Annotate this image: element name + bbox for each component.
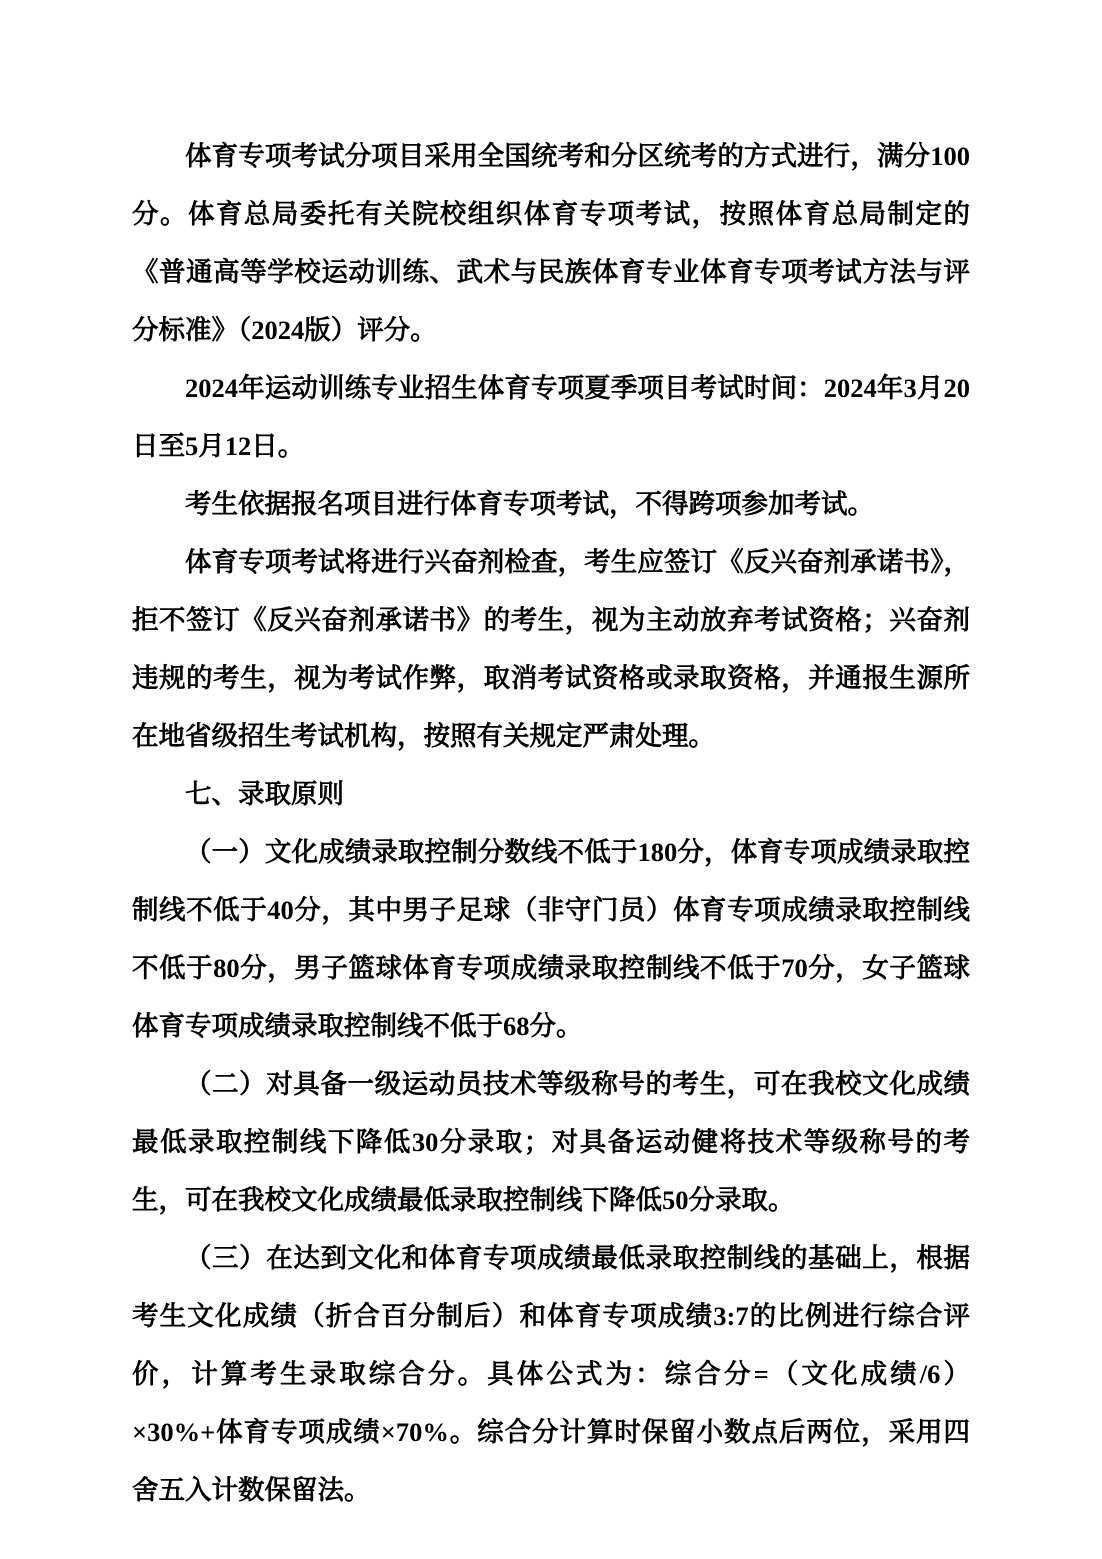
paragraph-rule-1-score-thresholds: （一）文化成绩录取控制分数线不低于180分，体育专项成绩录取控制线不低于40分，… (132, 823, 970, 1055)
paragraph-rule-3-composite-score-formula: （三）在达到文化和体育专项成绩最低录取控制线的基础上，根据考生文化成绩（折合百分… (132, 1229, 970, 1519)
paragraph-exam-item-restriction: 考生依据报名项目进行体育专项考试，不得跨项参加考试。 (132, 475, 970, 533)
document-page: 体育专项考试分项目采用全国统考和分区统考的方式进行，满分100分。体育总局委托有… (0, 0, 1102, 1559)
paragraph-specialized-exam-overview: 体育专项考试分项目采用全国统考和分区统考的方式进行，满分100分。体育总局委托有… (132, 127, 970, 359)
paragraph-doping-policy: 体育专项考试将进行兴奋剂检查，考生应签订《反兴奋剂承诺书》，拒不签订《反兴奋剂承… (132, 533, 970, 765)
section-heading-admission-principles: 七、录取原则 (132, 765, 970, 823)
paragraph-rule-2-athlete-title-reduction: （二）对具备一级运动员技术等级称号的考生，可在我校文化成绩最低录取控制线下降低3… (132, 1055, 970, 1229)
paragraph-exam-schedule: 2024年运动训练专业招生体育专项夏季项目考试时间：2024年3月20日至5月1… (132, 359, 970, 475)
